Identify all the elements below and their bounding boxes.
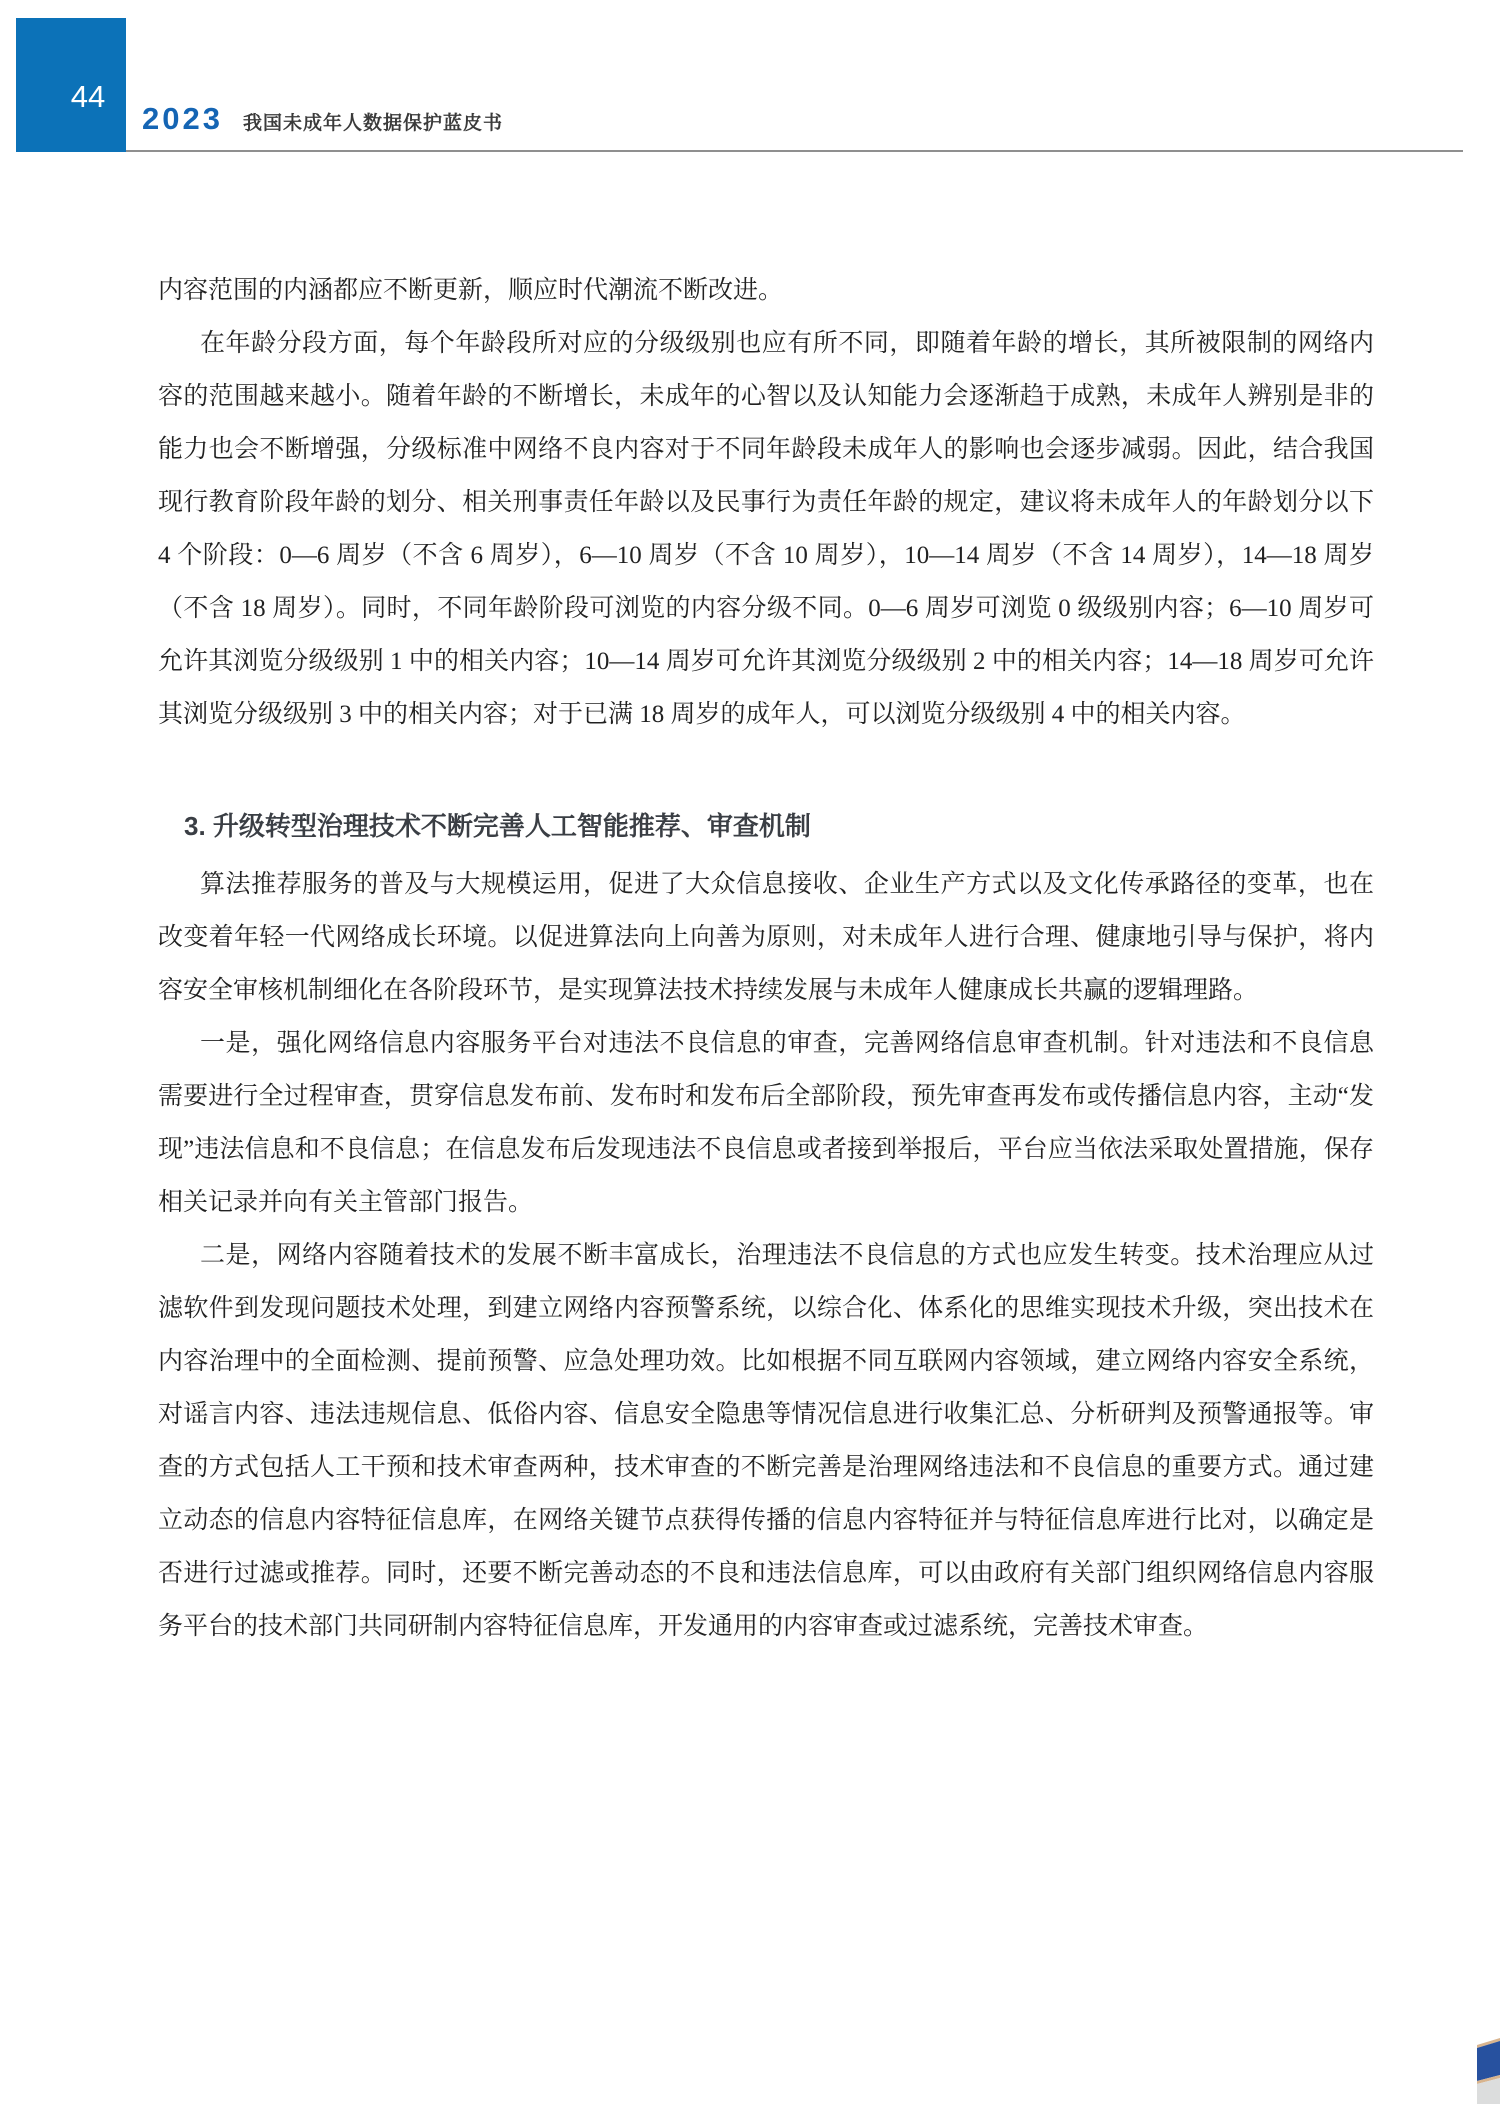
paragraph-second-point: 二是，网络内容随着技术的发展不断丰富成长，治理违法不良信息的方式也应发生转变。技…	[158, 1229, 1374, 1653]
paragraph-algorithm-recommendation: 算法推荐服务的普及与大规模运用，促进了大众信息接收、企业生产方式以及文化传承路径…	[158, 858, 1374, 1017]
page-header: 2023 我国未成年人数据保护蓝皮书	[142, 101, 503, 137]
document-page: 44 2023 我国未成年人数据保护蓝皮书 内容范围的内涵都应不断更新，顺应时代…	[0, 0, 1500, 2104]
next-page-corner-graphic	[1477, 2038, 1500, 2104]
header-divider	[126, 150, 1463, 152]
page-content: 内容范围的内涵都应不断更新，顺应时代潮流不断改进。 在年龄分段方面，每个年龄段所…	[158, 264, 1374, 1653]
paragraph-age-segments: 在年龄分段方面，每个年龄段所对应的分级级别也应有所不同，即随着年龄的增长，其所被…	[158, 317, 1374, 741]
header-book-title: 我国未成年人数据保护蓝皮书	[243, 108, 503, 135]
next-page-corner-blue	[1477, 2041, 1500, 2081]
page-number-badge: 44	[16, 18, 126, 152]
page-number: 44	[71, 79, 105, 115]
next-page-corner	[1477, 2038, 1500, 2104]
paragraph-continuation: 内容范围的内涵都应不断更新，顺应时代潮流不断改进。	[158, 264, 1374, 317]
paragraph-first-point: 一是，强化网络信息内容服务平台对违法不良信息的审查，完善网络信息审查机制。针对违…	[158, 1017, 1374, 1229]
section-heading: 3. 升级转型治理技术不断完善人工智能推荐、审查机制	[158, 805, 1374, 847]
header-year: 2023	[142, 101, 223, 137]
